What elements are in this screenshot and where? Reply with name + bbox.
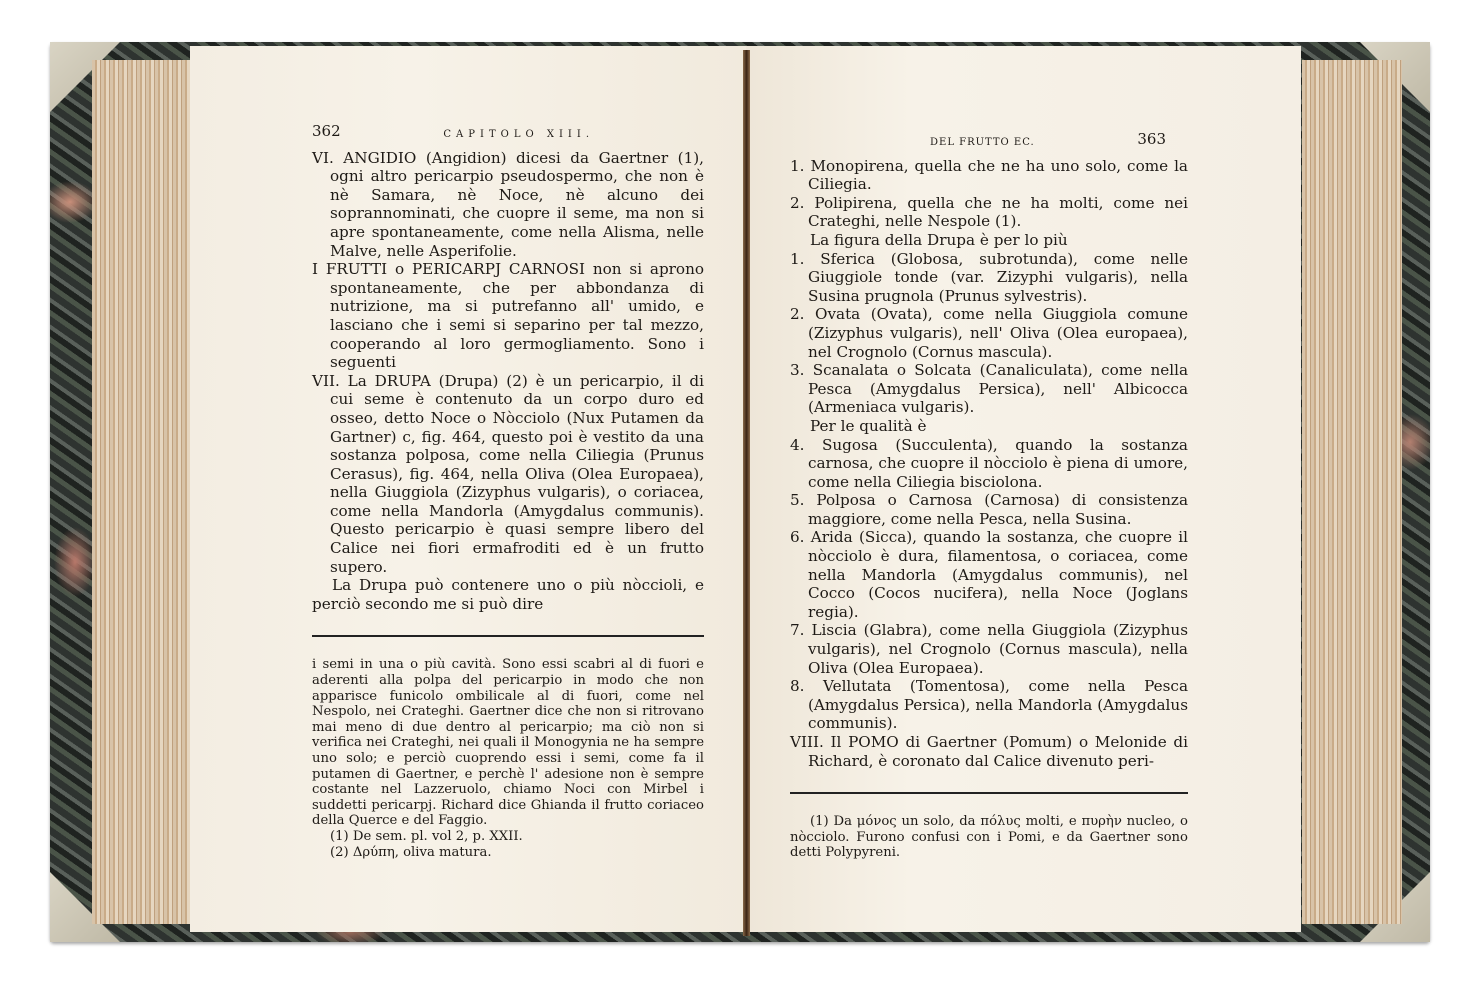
paragraph: VIII. Il POMO di Gaertner (Pomum) o Melo…: [790, 733, 1188, 770]
footnote: (1) Da μόνος un solo, da πόλυς molti, e …: [790, 814, 1188, 861]
footnote-continuation: i semi in una o più cavità. Sono essi sc…: [312, 657, 704, 829]
running-head: DEL FRUTTO EC.: [930, 130, 1035, 153]
paragraph: VII. La DRUPA (Drupa) (2) è un pericarpi…: [312, 372, 704, 577]
list-item: 1. Monopirena, quella che ne ha uno solo…: [790, 157, 1188, 194]
footnotes: (1) Da μόνος un solo, da πόλυς molti, e …: [790, 814, 1188, 861]
page-number: 363: [1137, 130, 1166, 153]
list-item: 2. Polipirena, quella che ne ha molti, c…: [790, 194, 1188, 231]
paragraph: La Drupa può contenere uno o più nòcciol…: [312, 576, 704, 613]
list-item: 2. Ovata (Ovata), come nella Giuggiola c…: [790, 305, 1188, 361]
running-header: 362 CAPITOLO XIII.: [312, 122, 704, 145]
paragraph: VI. ANGIDIO (Angidion) dicesi da Gaertne…: [312, 149, 704, 261]
list-item: 1. Sferica (Globosa, subrotunda), come n…: [790, 250, 1188, 306]
open-book: [50, 42, 1430, 942]
list-item: 4. Sugosa (Succulenta), quando la sostan…: [790, 436, 1188, 492]
footnote-rule: [312, 635, 704, 637]
list-item: 8. Vellutata (Tomentosa), come nella Pes…: [790, 677, 1188, 733]
footnote: (1) De sem. pl. vol 2, p. XXII.: [312, 829, 704, 845]
list-item: 3. Scanalata o Solcata (Canaliculata), c…: [790, 361, 1188, 417]
page-edges-right: [1302, 60, 1402, 924]
footnotes: i semi in una o più cavità. Sono essi sc…: [312, 657, 704, 860]
right-page-text: DEL FRUTTO EC. 363 1. Monopirena, quella…: [790, 130, 1188, 861]
list-item: 6. Arida (Sicca), quando la sostanza, ch…: [790, 528, 1188, 621]
footnote-rule: [790, 792, 1188, 794]
footnote: (2) Δρύπη, oliva matura.: [312, 845, 704, 861]
running-head: CAPITOLO XIII.: [443, 122, 594, 145]
paragraph: Per le qualità è: [790, 417, 1188, 436]
left-page-text: 362 CAPITOLO XIII. VI. ANGIDIO (Angidion…: [312, 122, 704, 860]
paragraph: I FRUTTI o PERICARPJ CARNOSI non si apro…: [312, 260, 704, 372]
running-header: DEL FRUTTO EC. 363: [790, 130, 1188, 153]
page-number: 362: [312, 122, 341, 145]
paragraph: La figura della Drupa è per lo più: [790, 231, 1188, 250]
book-gutter: [743, 50, 750, 936]
list-item: 5. Polposa o Carnosa (Carnosa) di consis…: [790, 491, 1188, 528]
list-item: 7. Liscia (Glabra), come nella Giuggiola…: [790, 621, 1188, 677]
